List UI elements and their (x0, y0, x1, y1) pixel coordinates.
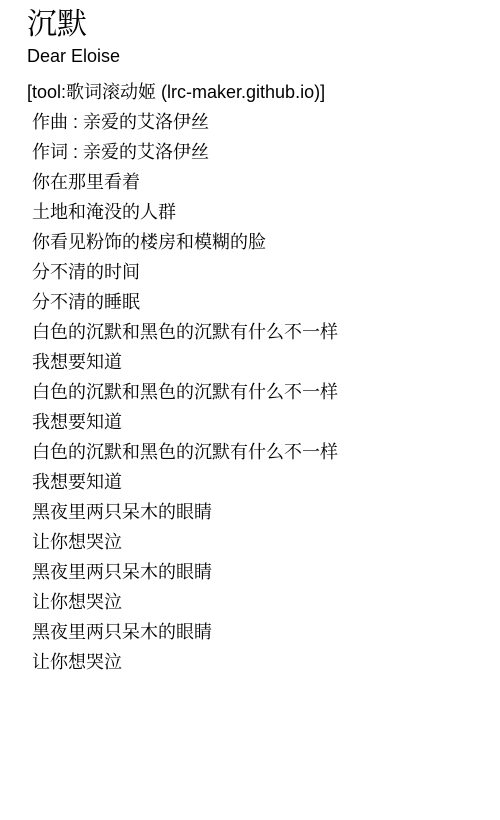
lyric-line: 黑夜里两只呆木的眼睛 (27, 617, 480, 647)
lyric-line: 让你想哭泣 (27, 647, 480, 677)
lyric-line: 我想要知道 (27, 407, 480, 437)
lyric-line: 我想要知道 (27, 467, 480, 497)
song-artist: Dear Eloise (27, 44, 480, 68)
lyric-line: 你看见粉饰的楼房和模糊的脸 (27, 227, 480, 257)
lyricist-line: 作词 : 亲爱的艾洛伊丝 (27, 137, 480, 167)
song-title: 沉默 (27, 6, 480, 44)
lyric-line: 黑夜里两只呆木的眼睛 (27, 557, 480, 587)
lyric-line: 分不清的睡眠 (27, 287, 480, 317)
lyric-line: 让你想哭泣 (27, 527, 480, 557)
lyric-line: 我想要知道 (27, 347, 480, 377)
lyrics-page: 沉默 Dear Eloise [tool:歌词滚动姬 (lrc-maker.gi… (0, 0, 500, 820)
lyrics-block: [tool:歌词滚动姬 (lrc-maker.github.io)] 作曲 : … (27, 77, 480, 677)
lyric-line: 白色的沉默和黑色的沉默有什么不一样 (27, 317, 480, 347)
lyric-line: 土地和淹没的人群 (27, 197, 480, 227)
lyric-line: 白色的沉默和黑色的沉默有什么不一样 (27, 437, 480, 467)
lyric-line: 你在那里看着 (27, 167, 480, 197)
composer-line: 作曲 : 亲爱的艾洛伊丝 (27, 107, 480, 137)
tool-credit-line: [tool:歌词滚动姬 (lrc-maker.github.io)] (27, 77, 480, 107)
lyric-line: 白色的沉默和黑色的沉默有什么不一样 (27, 377, 480, 407)
lyric-line: 让你想哭泣 (27, 587, 480, 617)
lyric-line: 黑夜里两只呆木的眼睛 (27, 497, 480, 527)
lyric-line: 分不清的时间 (27, 257, 480, 287)
